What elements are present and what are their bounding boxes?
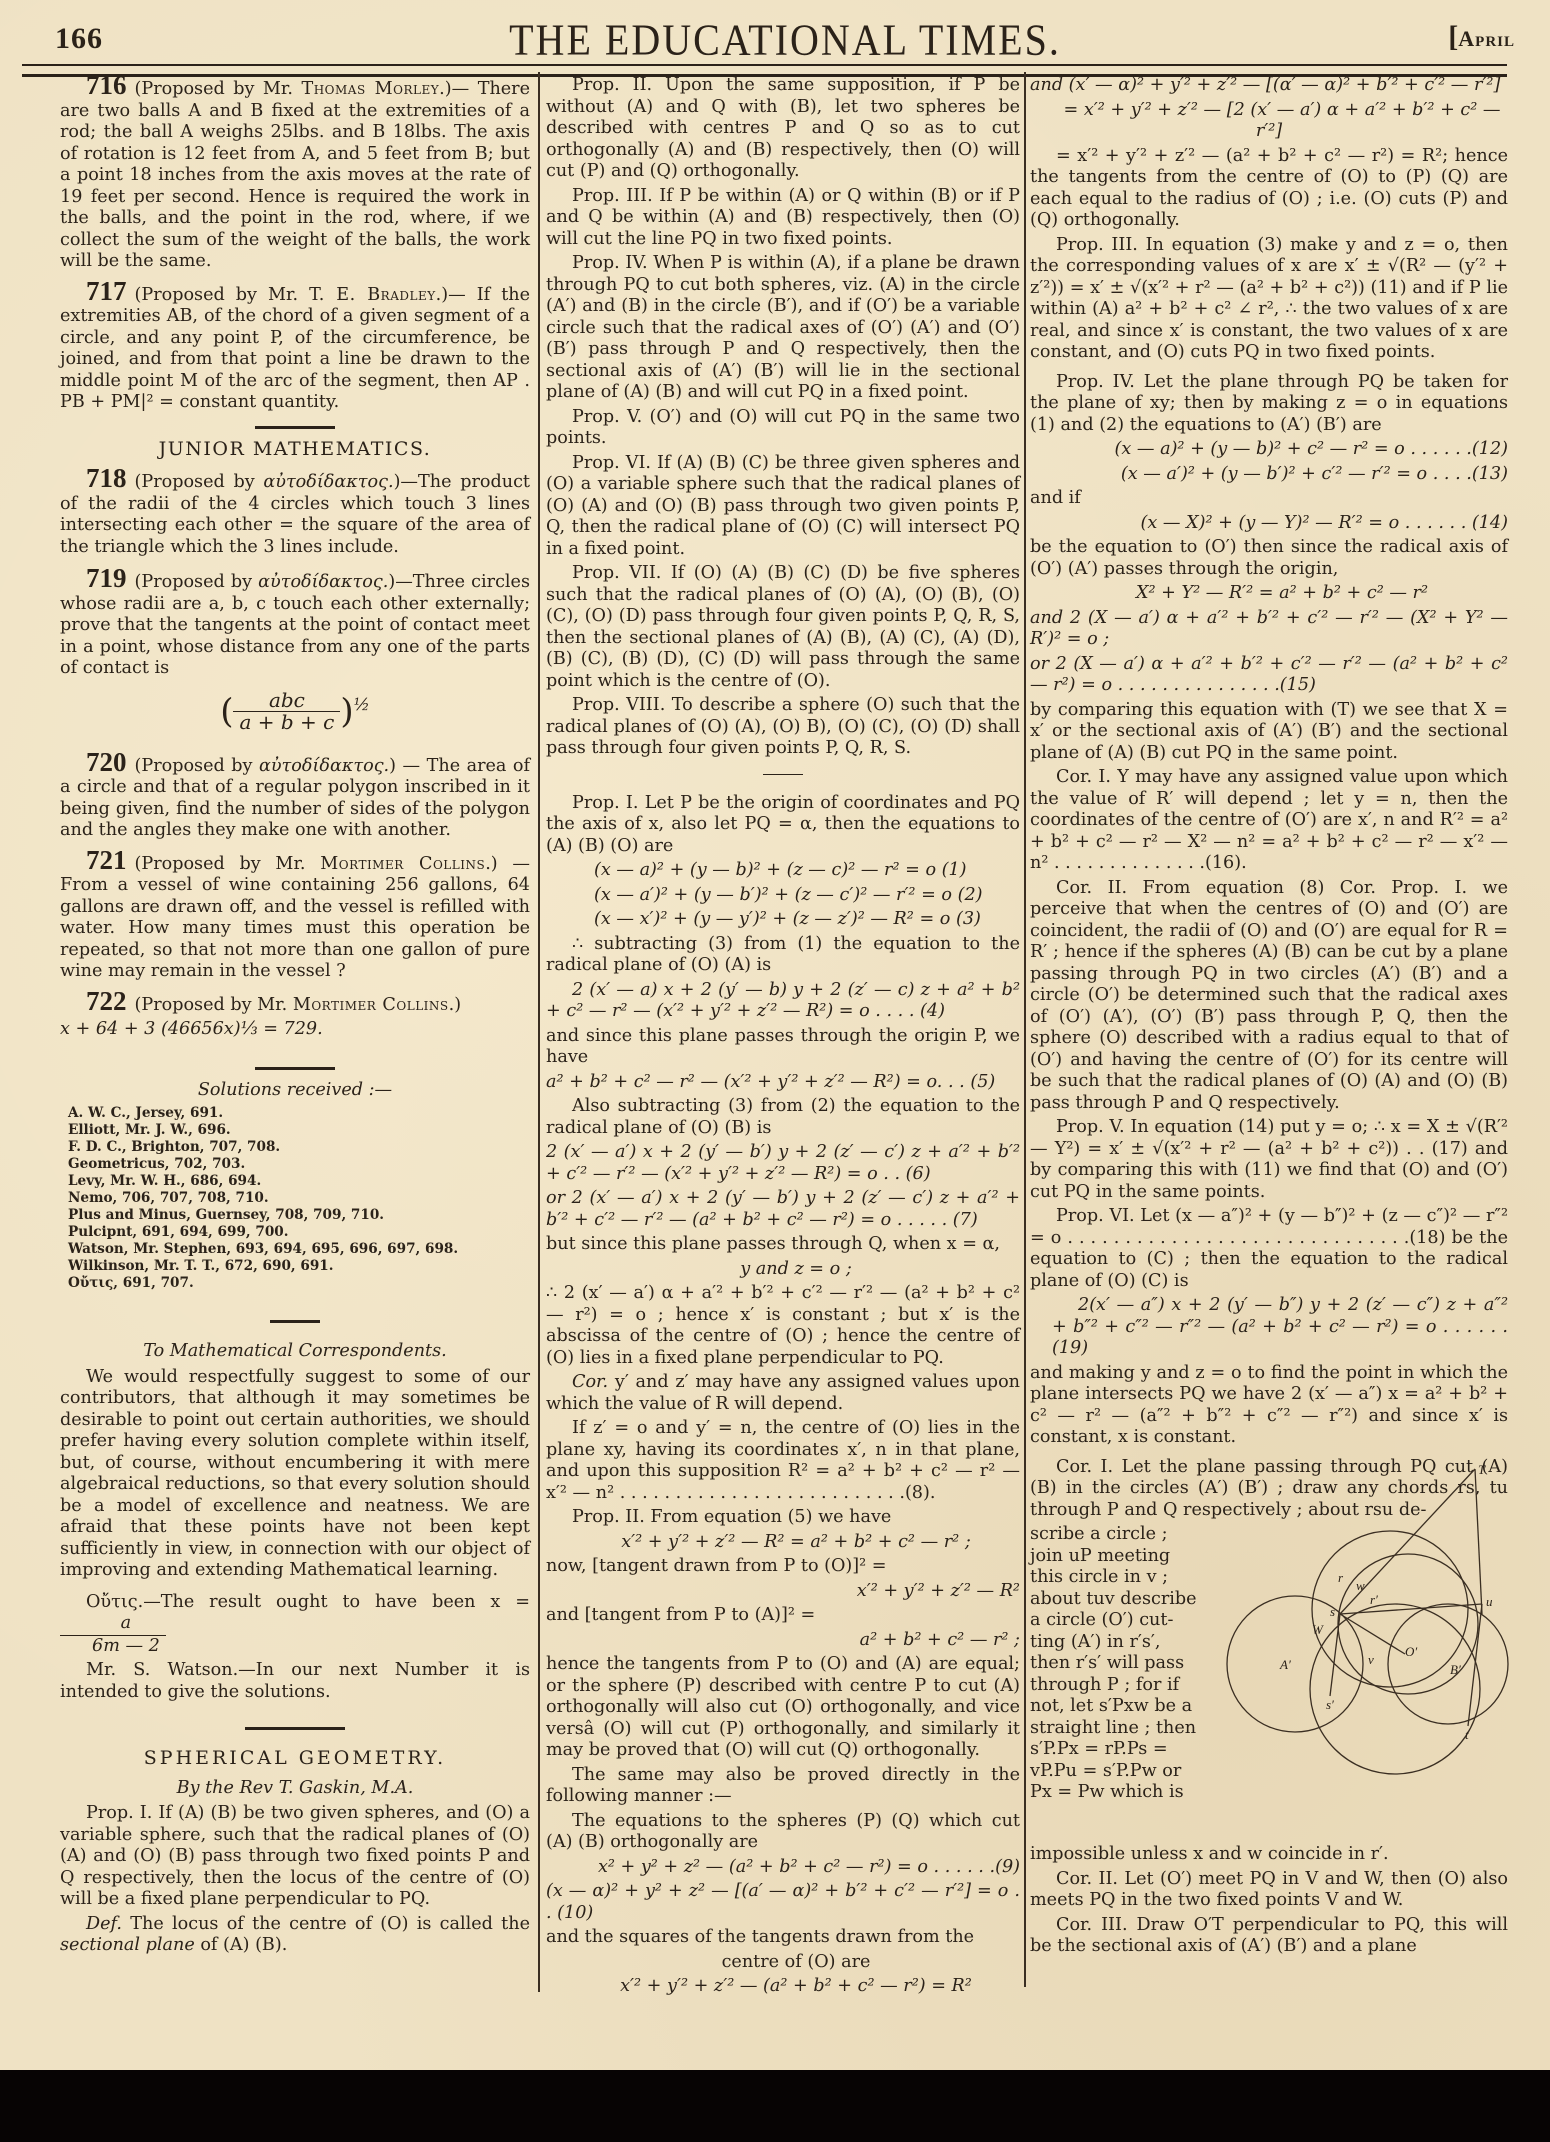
column-rule-right — [1024, 72, 1026, 1987]
svg-text:T: T — [1478, 1464, 1486, 1477]
equation-13: (x — a′)² + (y — b′)² + c′² — r′² = o . … — [1030, 464, 1508, 486]
equation-19: 2(x′ — a″) x + 2 (y′ — b″) y + 2 (z′ — c… — [1030, 1295, 1508, 1360]
origin-text: and since this plane passes through the … — [546, 1026, 1020, 1069]
svg-text:v: v — [1368, 1652, 1374, 1667]
spherical-author: By the Rev T. Gaskin, M.A. — [60, 1778, 530, 1800]
squares-text: and the squares of the tangents drawn fr… — [546, 1927, 1020, 1949]
solution-entry: Οὔτις, 691, 707. — [68, 1275, 530, 1292]
svg-text:B′: B′ — [1450, 1662, 1461, 1677]
hence-text: hence the tangents from P to (O) and (A)… — [546, 1654, 1020, 1762]
solution-entry: Pulcipnt, 691, 694, 699, 700. — [68, 1224, 530, 1241]
question-718: 718(Proposed by αὐτοδίδακτος.)—The produ… — [60, 468, 530, 558]
svg-text:A′: A′ — [1279, 1657, 1291, 1672]
figure-side-text: scribe a circle ; join uP meeting this c… — [1030, 1524, 1210, 1804]
equation-7: or 2 (x′ — a′) x + 2 (y′ — b′) y + 2 (z′… — [546, 1188, 1020, 1231]
equation-and-2: and 2 (X — a′) α + a′² + b′² + c′² — r′²… — [1030, 608, 1508, 651]
scan-border-bottom — [0, 2070, 1550, 2142]
prop-4: Prop. IV. When P is within (A), if a pla… — [546, 253, 1020, 404]
journal-title: THE EDUCATIONAL TIMES. — [55, 14, 1515, 66]
issue-month: [April — [1448, 20, 1515, 54]
column-2: Prop. II. Upon the same supposition, if … — [546, 75, 1020, 2001]
spherical-prop-1: Prop. I. If (A) (B) be two given spheres… — [60, 1803, 530, 1911]
section-divider — [270, 1320, 320, 1323]
equation-5: a² + b² + c² — r² — (x′² + y′² + z′² — R… — [546, 1072, 1020, 1094]
section-divider — [255, 426, 335, 429]
equation-8-text: If z′ = o and y′ = n, the centre of (O) … — [546, 1418, 1020, 1504]
proof-1-intro: Prop. I. Let P be the origin of coordina… — [546, 793, 1020, 858]
equation-1: (x — a)² + (y — b)² + (z — c)² — r² = o … — [546, 860, 1020, 882]
question-721: 721(Proposed by Mr. Mortimer Collins.) —… — [60, 850, 530, 983]
prop-5-proof: Prop. V. In equation (14) put y = o; ∴ x… — [1030, 1117, 1508, 1203]
corollary: Cor. y′ and z′ may have any assigned val… — [546, 1372, 1020, 1415]
equation-top-1: and (x′ — α)² + y′² + z′² — [(α′ — α)² +… — [1030, 75, 1508, 97]
spheres-text: The equations to the spheres (P) (Q) whi… — [546, 1811, 1020, 1854]
equation-14: (x — X)² + (y — Y)² — R′² = o . . . . . … — [1030, 513, 1508, 535]
svg-text:s′: s′ — [1326, 1697, 1334, 1712]
equation-9: x² + y² + z² — (a² + b² + c² — r²) = o .… — [546, 1857, 1020, 1879]
masthead: 166 THE EDUCATIONAL TIMES. [April — [55, 14, 1515, 60]
solution-entry: Watson, Mr. Stephen, 693, 694, 695, 696,… — [68, 1241, 530, 1258]
svg-text:r: r — [1338, 1570, 1344, 1585]
prop-7: Prop. VII. If (O) (A) (B) (C) (D) be fiv… — [546, 563, 1020, 692]
prop-5: Prop. V. (O′) and (O) will cut PQ in the… — [546, 407, 1020, 450]
column-3: and (x′ — α)² + y′² + z′² — [(α′ — α)² +… — [1030, 75, 1508, 1961]
solution-entry: Wilkinson, Mr. T. T., 672, 690, 691. — [68, 1258, 530, 1275]
compare-text: by comparing this equation with (T) we s… — [1030, 700, 1508, 765]
equation-10: (x — α)² + y² + z² — [(a′ — α)² + b′² + … — [546, 1881, 1020, 1924]
prop-2-equation: x′² + y′² + z′² — R² = a² + b² + c² — r²… — [546, 1532, 1020, 1554]
question-719: 719(Proposed by αὐτοδίδακτος.)—Three cir… — [60, 568, 530, 680]
correspondents-text: We would respectfully suggest to some of… — [60, 1367, 530, 1582]
geometric-circles-diagram: A′ B′ O′ u v W s s′ r r′ t w T — [1220, 1464, 1520, 1784]
equation-top-2: = x′² + y′² + z′² — [2 (x′ — a′) α + a′²… — [1030, 100, 1508, 143]
newspaper-page: 166 THE EDUCATIONAL TIMES. [April 716(Pr… — [0, 0, 1550, 2072]
equation-xy: X² + Y² — R′² = a² + b² + c² — r² — [1030, 583, 1508, 605]
question-716: 716(Proposed by Mr. Thomas Morley.)— The… — [60, 75, 530, 273]
solutions-heading: Solutions received :— — [60, 1080, 530, 1102]
equation-12: (x — a)² + (y — b)² + c² — r² = o . . . … — [1030, 439, 1508, 461]
and-if: and if — [1030, 488, 1508, 510]
section-divider — [763, 774, 803, 775]
equation-15: or 2 (X — a′) α + a′² + b′² + c′² — r′² … — [1030, 654, 1508, 697]
svg-text:w: w — [1356, 1578, 1365, 1593]
outis-note: Οὔτις.—The result ought to have been x =… — [60, 1592, 530, 1658]
solution-entry: Nemo, 706, 707, 708, 710. — [68, 1190, 530, 1207]
prop-6: Prop. VI. If (A) (B) (C) be three given … — [546, 453, 1020, 561]
constant-derivation: ∴ 2 (x′ — a′) α + a′² + b′² + c′² — r′² … — [546, 1283, 1020, 1369]
prop-3-proof: Prop. III. In equation (3) make y and z … — [1030, 235, 1508, 364]
equation-2: (x — a′)² + (y — b′)² + (z — c′)² — r′² … — [546, 885, 1020, 907]
tangent-1: now, [tangent drawn from P to (O)]² = — [546, 1556, 1020, 1578]
impossible-text: impossible unless x and w coincide in r′… — [1030, 1844, 1508, 1866]
subtracting-text: ∴ subtracting (3) from (1) the equation … — [546, 934, 1020, 977]
svg-text:W: W — [1312, 1622, 1324, 1637]
equation-top-3: = x′² + y′² + z′² — (a² + b² + c² — r²) … — [1030, 146, 1508, 232]
tangent-1-value: x′² + y′² + z′² — R² — [546, 1581, 1020, 1603]
cor-2: Cor. II. From equation (8) Cor. Prop. I.… — [1030, 878, 1508, 1115]
prop-8: Prop. VIII. To describe a sphere (O) suc… — [546, 695, 1020, 760]
subtracting-text-2: Also subtracting (3) from (2) the equati… — [546, 1096, 1020, 1139]
circle-a-prime — [1227, 1596, 1363, 1732]
column-1: 716(Proposed by Mr. Thomas Morley.)— The… — [60, 75, 530, 1960]
prop-2: Prop. II. Upon the same supposition, if … — [546, 75, 1020, 183]
equation-4: 2 (x′ — a) x + 2 (y′ — b) y + 2 (z′ — c)… — [546, 980, 1020, 1023]
watson-note: Mr. S. Watson.—In our next Number it is … — [60, 1660, 530, 1703]
same-text: The same may also be proved directly in … — [546, 1765, 1020, 1808]
making-text: and making y and z = o to find the point… — [1030, 1363, 1508, 1449]
tangent-2-value: a² + b² + c² — r² ; — [546, 1630, 1020, 1652]
solution-entry: F. D. C., Brighton, 707, 708. — [68, 1139, 530, 1156]
equation-722: x + 64 + 3 (46656x)⅓ = 729. — [60, 1019, 530, 1041]
equation-6: 2 (x′ — a′) x + 2 (y′ — b′) y + 2 (z′ — … — [546, 1142, 1020, 1185]
svg-text:r′: r′ — [1370, 1592, 1378, 1607]
cor-2b: Cor. II. Let (O′) meet PQ in V and W, th… — [1030, 1869, 1508, 1912]
svg-text:s: s — [1330, 1604, 1335, 1619]
definition: Def. The locus of the centre of (O) is c… — [60, 1914, 530, 1957]
centre-text: centre of (O) are — [546, 1952, 1020, 1974]
equation-3: (x — x′)² + (y — y′)² + (z — z′)² — R² =… — [546, 909, 1020, 931]
question-720: 720(Proposed by αὐτοδίδακτος.) — The are… — [60, 752, 530, 842]
svg-text:t: t — [1465, 1727, 1469, 1742]
solution-entry: A. W. C., Jersey, 691. — [68, 1105, 530, 1122]
q-text-2: y and z = o ; — [546, 1259, 1020, 1281]
section-divider — [255, 1067, 335, 1070]
solutions-list: A. W. C., Jersey, 691. Elliott, Mr. J. W… — [60, 1105, 530, 1292]
cor-3: Cor. III. Draw O′T perpendicular to PQ, … — [1030, 1915, 1508, 1958]
correspondents-heading: To Mathematical Correspondents. — [60, 1341, 530, 1363]
question-722: 722(Proposed by Mr. Mortimer Collins.) — [60, 991, 530, 1017]
column-rule-left — [538, 72, 540, 1992]
solution-entry: Geometricus, 702, 703. — [68, 1156, 530, 1173]
solution-entry: Levy, Mr. W. H., 686, 694. — [68, 1173, 530, 1190]
prop-3: Prop. III. If P be within (A) or Q withi… — [546, 186, 1020, 251]
solution-entry: Plus and Minus, Guernsey, 708, 709, 710. — [68, 1207, 530, 1224]
svg-text:O′: O′ — [1405, 1644, 1417, 1659]
cor-1: Cor. I. Y may have any assigned value up… — [1030, 767, 1508, 875]
figure-block: scribe a circle ; join uP meeting this c… — [1030, 1524, 1508, 1844]
junior-mathematics-heading: JUNIOR MATHEMATICS. — [60, 439, 530, 461]
equation-14-text: be the equation to (O′) then since the r… — [1030, 537, 1508, 580]
prop-6-proof: Prop. VI. Let (x — a″)² + (y — b″)² + (z… — [1030, 1206, 1508, 1292]
prop-4-proof: Prop. IV. Let the plane through PQ be ta… — [1030, 372, 1508, 437]
section-divider — [245, 1727, 345, 1730]
solution-entry: Elliott, Mr. J. W., 696. — [68, 1122, 530, 1139]
spherical-geometry-heading: SPHERICAL GEOMETRY. — [60, 1748, 530, 1770]
tangent-2: and [tangent from P to (A)]² = — [546, 1605, 1020, 1627]
equation-last: x′² + y′² + z′² — (a² + b² + c² — r²) = … — [546, 1976, 1020, 1998]
question-717: 717(Proposed by Mr. T. E. Bradley.)— If … — [60, 281, 530, 414]
prop-2-proof-intro: Prop. II. From equation (5) we have — [546, 1507, 1020, 1529]
q-text: but since this plane passes through Q, w… — [546, 1234, 1020, 1256]
formula-719: (abca + b + c)½ — [60, 690, 530, 734]
svg-text:u: u — [1486, 1594, 1493, 1609]
